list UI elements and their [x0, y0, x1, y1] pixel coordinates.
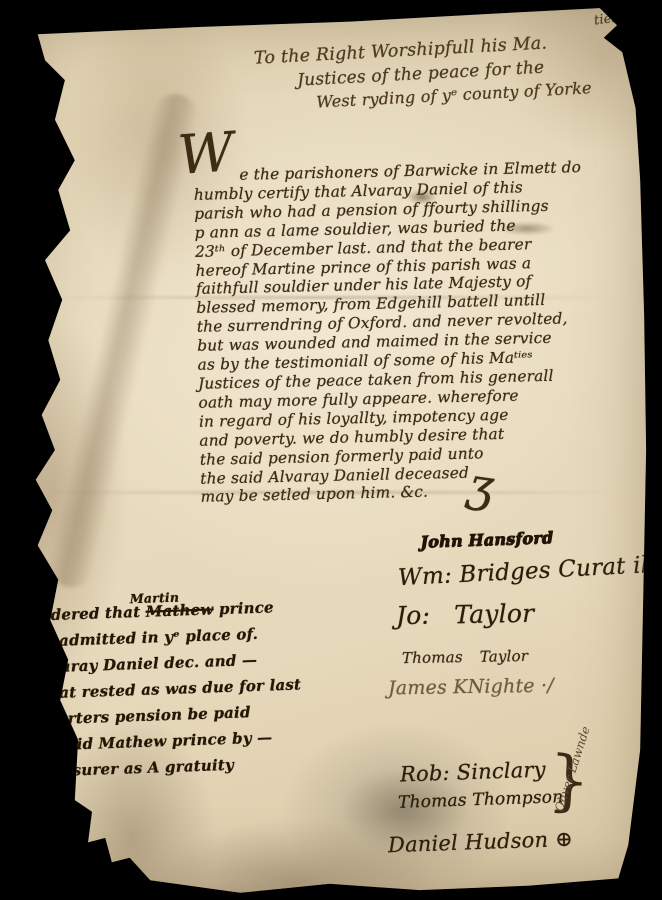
heading-line: Justices of the peace for the: [297, 55, 591, 90]
document-paper: To the Right Worshipfull his Ma. Justice…: [0, 0, 662, 900]
body-line: parish who had a pension of ffourty shil…: [194, 195, 618, 224]
note-line: ordered that MathewMartin prince: [32, 593, 299, 628]
body-line: 23ᵗʰ of December last. and that the bear…: [195, 233, 619, 262]
ink-blot: [408, 190, 436, 204]
note-line: be admitted in yᵉ place of.: [33, 619, 300, 654]
marginal-order-note: ordered that MathewMartin prince be admi…: [32, 593, 304, 784]
signature: Thomas Thompson: [398, 787, 564, 813]
body-line: oath may more fully appeare. wherefore: [198, 384, 622, 413]
heading-superscript: ties: [593, 10, 619, 28]
body-line: e the parishoners of Barwicke in Elmett …: [193, 157, 617, 186]
photo-background: To the Right Worshipfull his Ma. Justice…: [0, 0, 662, 900]
note-line: yᵉ said Mathew prince by —: [36, 723, 303, 758]
body-line: the said Alvaray Daniell deceased: [200, 460, 624, 489]
note-text: prince: [213, 598, 274, 618]
struck-word: Mathew: [145, 600, 213, 620]
inserted-word: Martin: [129, 585, 179, 613]
signature: James KNighte ·/: [388, 675, 554, 700]
body-line: humbly certify that Alvaray Daniel of th…: [194, 176, 618, 205]
signature: Wm: Bridges Curat ibm: [398, 551, 662, 592]
body-line: but was wounded and maimed in the servic…: [197, 327, 621, 356]
body-line: may be setled upon him. &c.: [200, 479, 624, 508]
signature: Thomas Taylor: [402, 647, 528, 667]
note-line: Alvaray Daniel dec. and —: [34, 645, 301, 680]
brace-flourish: }: [546, 741, 592, 820]
drop-cap-initial: W: [176, 120, 236, 187]
body-line: as by the testimoniall of some of his Ma…: [197, 346, 621, 375]
body-line: and poverty. we do humbly desire that: [199, 422, 623, 451]
petition-body: e the parishoners of Barwicke in Elmett …: [193, 157, 625, 507]
fold-line: [46, 491, 615, 494]
body-line: faithfull souldier under his late Majest…: [196, 271, 620, 300]
body-line: Justices of the peace taken from his gen…: [198, 365, 622, 394]
body-line: the surrendring of Oxford. and never rev…: [197, 308, 621, 337]
note-line: treasurer as A gratuity: [37, 749, 304, 784]
body-line: in regard of his loyallty, impotency age: [199, 403, 623, 432]
vertical-side-note: Oliver Lawnde: [552, 725, 593, 814]
ink-blot: [500, 222, 554, 235]
signature: Rob: Sinclary: [400, 757, 547, 786]
note-text: ordered that: [32, 603, 146, 625]
body-line: hereof Martine prince of this parish was…: [195, 252, 619, 281]
body-line: the said pension formerly paid unto: [200, 441, 624, 470]
note-line: what rested as was due for last: [35, 671, 302, 706]
signature: John Hansford: [420, 528, 554, 552]
fold-line: [46, 296, 615, 299]
note-line: quarters pension be paid: [36, 697, 303, 732]
signature: Jo: Taylor: [396, 599, 535, 630]
stain: [342, 768, 470, 852]
paper-crease: [44, 89, 202, 591]
heading-line: To the Right Worshipfull his Ma.: [254, 31, 590, 69]
pen-flourish: ʒ: [464, 456, 497, 513]
heading-line: West ryding of yᵉ county of Yorke: [316, 78, 592, 111]
body-line: p ann as a lame souldier, was buried the: [194, 214, 618, 243]
address-heading: To the Right Worshipfull his Ma. Justice…: [254, 31, 593, 114]
signature: Daniel Hudson ⊕: [388, 827, 574, 857]
body-line: blessed memory, from Edgehill battell un…: [196, 290, 620, 319]
